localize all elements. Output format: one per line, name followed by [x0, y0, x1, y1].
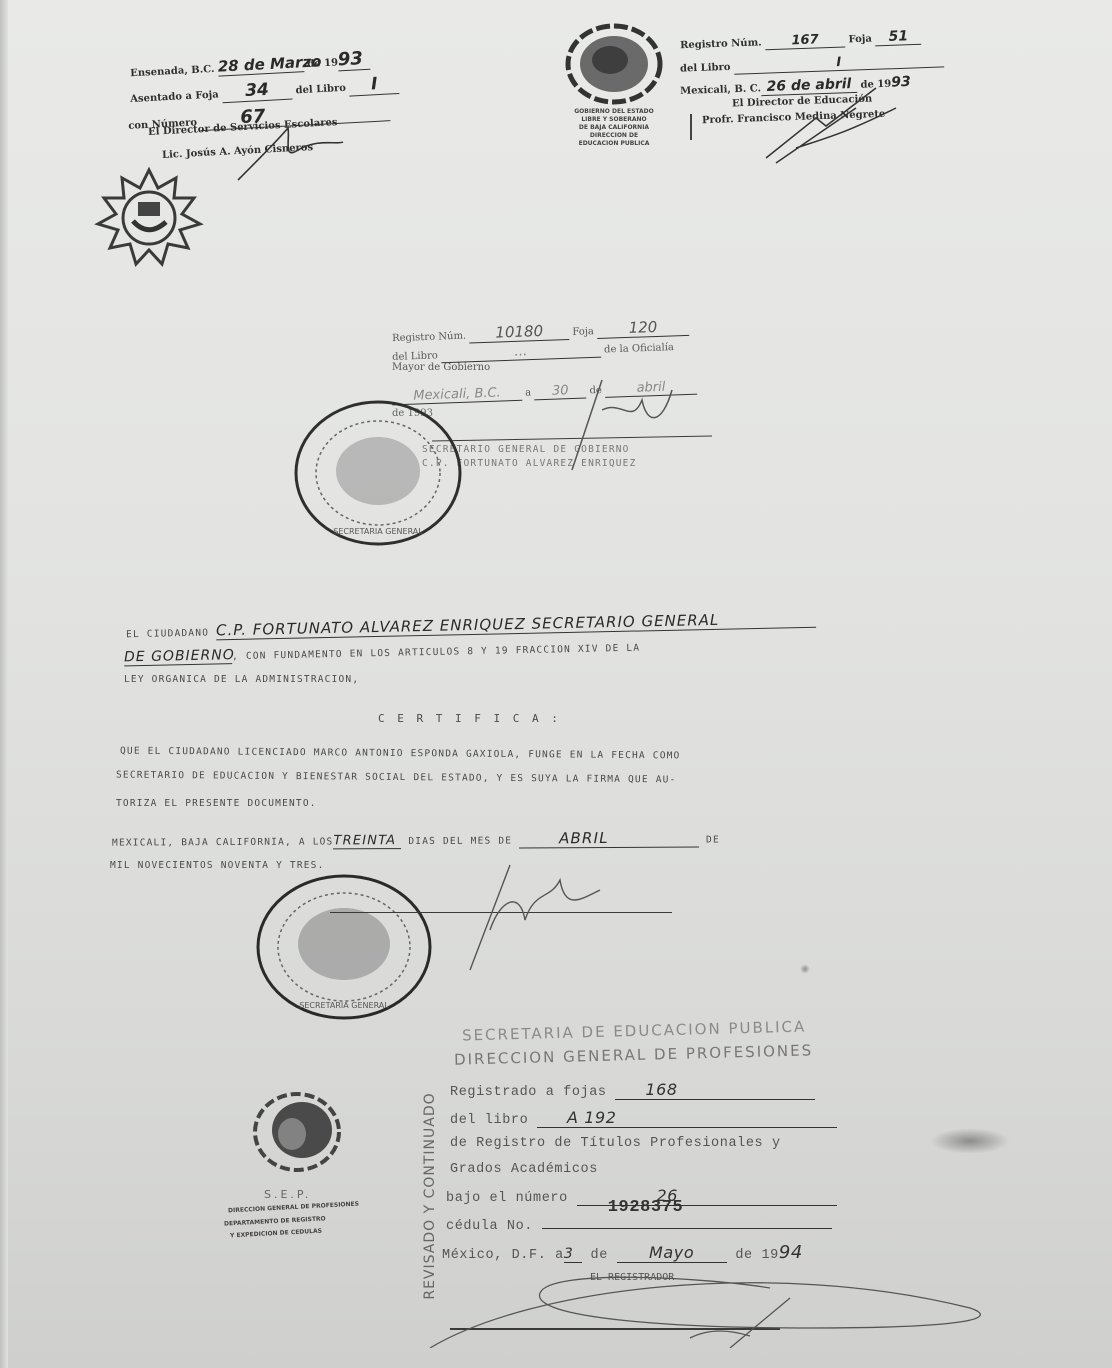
cert-paragraph-2-line-1: QUE EL CIUDADANO LICENCIADO MARCO ANTONI… [120, 746, 681, 762]
label: Foja [572, 326, 594, 338]
label: Foja [848, 34, 872, 46]
stamp-mexicali: GOBIERNO DEL ESTADO LIBRE Y SOBERANO DE … [556, 18, 956, 168]
handwritten-month: ABRIL [519, 829, 699, 849]
mexican-coat-of-arms-seal-icon [562, 22, 666, 106]
signature-icon [228, 120, 348, 190]
cedula-field: 1928375 [542, 1214, 832, 1229]
signature-icon [450, 860, 620, 980]
handwritten-fojas: 168 [615, 1080, 815, 1100]
sep-register-stamp: REVISADO Y CONTINUADO SECRETARIA DE EDUC… [410, 1018, 890, 1338]
handwritten-foja: 34 [222, 79, 293, 104]
sep-seal-line: DEPARTAMENTO DE REGISTRO [224, 1215, 326, 1227]
seal-text: SECRETARIA GENERAL [333, 527, 423, 536]
scan-smudge [800, 964, 810, 974]
scan-smudge [930, 1128, 1010, 1154]
handwritten-registro: 167 [765, 31, 846, 50]
handwritten-name: DE GOBIERNO [124, 647, 232, 666]
signature-icon [410, 1248, 1010, 1348]
bracket-mark [690, 114, 692, 140]
label: DIAS DEL MES DE [408, 835, 512, 847]
sep-seal-line: DIRECCION GENERAL DE PROFESIONES [228, 1201, 359, 1215]
oficialia-mayor-label: Mayor de Gobierno [392, 362, 490, 373]
handwritten-libro: … [441, 342, 601, 364]
label: DE [706, 834, 720, 845]
handwritten-libro: A 192 [537, 1108, 837, 1128]
sep-seal-line: Y EXPEDICION DE CEDULAS [230, 1228, 322, 1240]
sep-subheader: DIRECCION GENERAL DE PROFESIONES [454, 1041, 814, 1068]
label: MEXICALI, BAJA CALIFORNIA, A LOS [112, 836, 333, 848]
label: cédula No. [446, 1219, 533, 1234]
seal-caption-line: GOBIERNO DEL ESTADO [556, 108, 672, 116]
registro-line-1: de Registro de Títulos Profesionales y [450, 1136, 781, 1151]
label: Ensenada, B.C. [130, 64, 215, 79]
handwritten-foja: 120 [597, 317, 690, 339]
label: del libro [450, 1113, 528, 1128]
handwritten-year: 93 [337, 48, 370, 72]
handwritten-date: 28 de Marzo [217, 53, 304, 76]
handwritten-foja: 51 [875, 28, 922, 47]
seal-caption-line: DE BAJA CALIFORNIA [556, 124, 672, 132]
cert-paragraph-2-line-3: TORIZA EL PRESENTE DOCUMENTO. [116, 798, 317, 809]
handwritten-registro: 10180 [469, 321, 570, 343]
label: de la Oficialía [604, 342, 674, 355]
libro-line: del libro A 192 [450, 1108, 837, 1128]
sun-seal-icon [88, 166, 210, 270]
mexicali-registro-line: Registro Núm. 167 Foja 51 [680, 28, 922, 53]
sep-seal: S.E.P. DIRECCION GENERAL DE PROFESIONES … [220, 1090, 390, 1260]
label: del Libro [680, 62, 731, 75]
cert-paragraph-1-line-1: EL CIUDADANO C.P. FORTUNATO ALVAREZ ENRI… [126, 609, 816, 642]
handwritten-day: TREINTA [333, 833, 401, 849]
seal-caption-line: LIBRE Y SOBERANO [556, 116, 672, 124]
signature-icon [542, 370, 692, 480]
cert-paragraph-1-line-2: DE GOBIERNO, CON FUNDAMENTO EN LOS ARTIC… [124, 639, 640, 667]
handwritten-libro: I [349, 73, 400, 97]
seal-caption-line: EDUCACION PUBLICA [556, 140, 672, 148]
signature-icon [756, 78, 906, 168]
certifica-heading: C E R T I F I C A : [378, 712, 561, 725]
label: Registrado a fojas [450, 1085, 607, 1100]
cert-text: , CON FUNDAMENTO EN LOS ARTICULOS 8 Y 19… [232, 643, 640, 663]
page-edge-shadow [0, 0, 8, 1368]
cedula-line: cédula No. 1928375 [446, 1214, 832, 1234]
secretaria-general-seal-icon: SECRETARIA GENERAL [254, 872, 434, 1022]
sep-initials: S.E.P. [264, 1188, 311, 1201]
label: bajo el número [446, 1191, 568, 1206]
label: Mexicali, B. C. [680, 83, 761, 97]
sep-header: SECRETARIA DE EDUCACION PUBLICA [462, 1017, 807, 1044]
label: del Libro [295, 83, 346, 97]
stamp-ensenada: Ensenada, B.C. 28 de Marzo de 1993 Asent… [128, 40, 418, 170]
cert-paragraph-2-line-2: SECRETARIO DE EDUCACION Y BIENESTAR SOCI… [116, 770, 677, 786]
cert-paragraph-3-line-2: MIL NOVECIENTOS NOVENTA Y TRES. [110, 860, 325, 871]
label: Registro Núm. [392, 331, 466, 345]
fojas-line: Registrado a fojas 168 [450, 1080, 815, 1100]
handwritten-libro: I [734, 51, 944, 74]
seal-caption-line: DIRECCION DE [556, 132, 672, 140]
seal-caption: GOBIERNO DEL ESTADO LIBRE Y SOBERANO DE … [556, 108, 672, 148]
label: EL CIUDADANO [126, 627, 209, 640]
registro-line-2: Grados Académicos [450, 1162, 598, 1177]
cert-paragraph-3-line-1: MEXICALI, BAJA CALIFORNIA, A LOSTREINTA … [112, 828, 720, 850]
mexican-coat-of-arms-seal-icon [250, 1090, 344, 1174]
label: a [525, 387, 531, 398]
seal-text: SECRETARIA GENERAL [299, 1001, 389, 1010]
mexicali-libro-line: del Libro I [680, 51, 944, 76]
label: Registro Núm. [680, 37, 762, 51]
secretaria-general-seal-icon: SECRETARIA GENERAL [292, 398, 464, 548]
label: Asentado a Foja [130, 89, 219, 105]
cert-paragraph-1-line-3: LEY ORGANICA DE LA ADMINISTRACION, [124, 674, 359, 685]
handwritten-name: C.P. FORTUNATO ALVAREZ ENRIQUEZ SECRETAR… [216, 609, 816, 641]
label: de 19 [307, 57, 338, 70]
cedula-number: 1928375 [608, 1198, 684, 1217]
